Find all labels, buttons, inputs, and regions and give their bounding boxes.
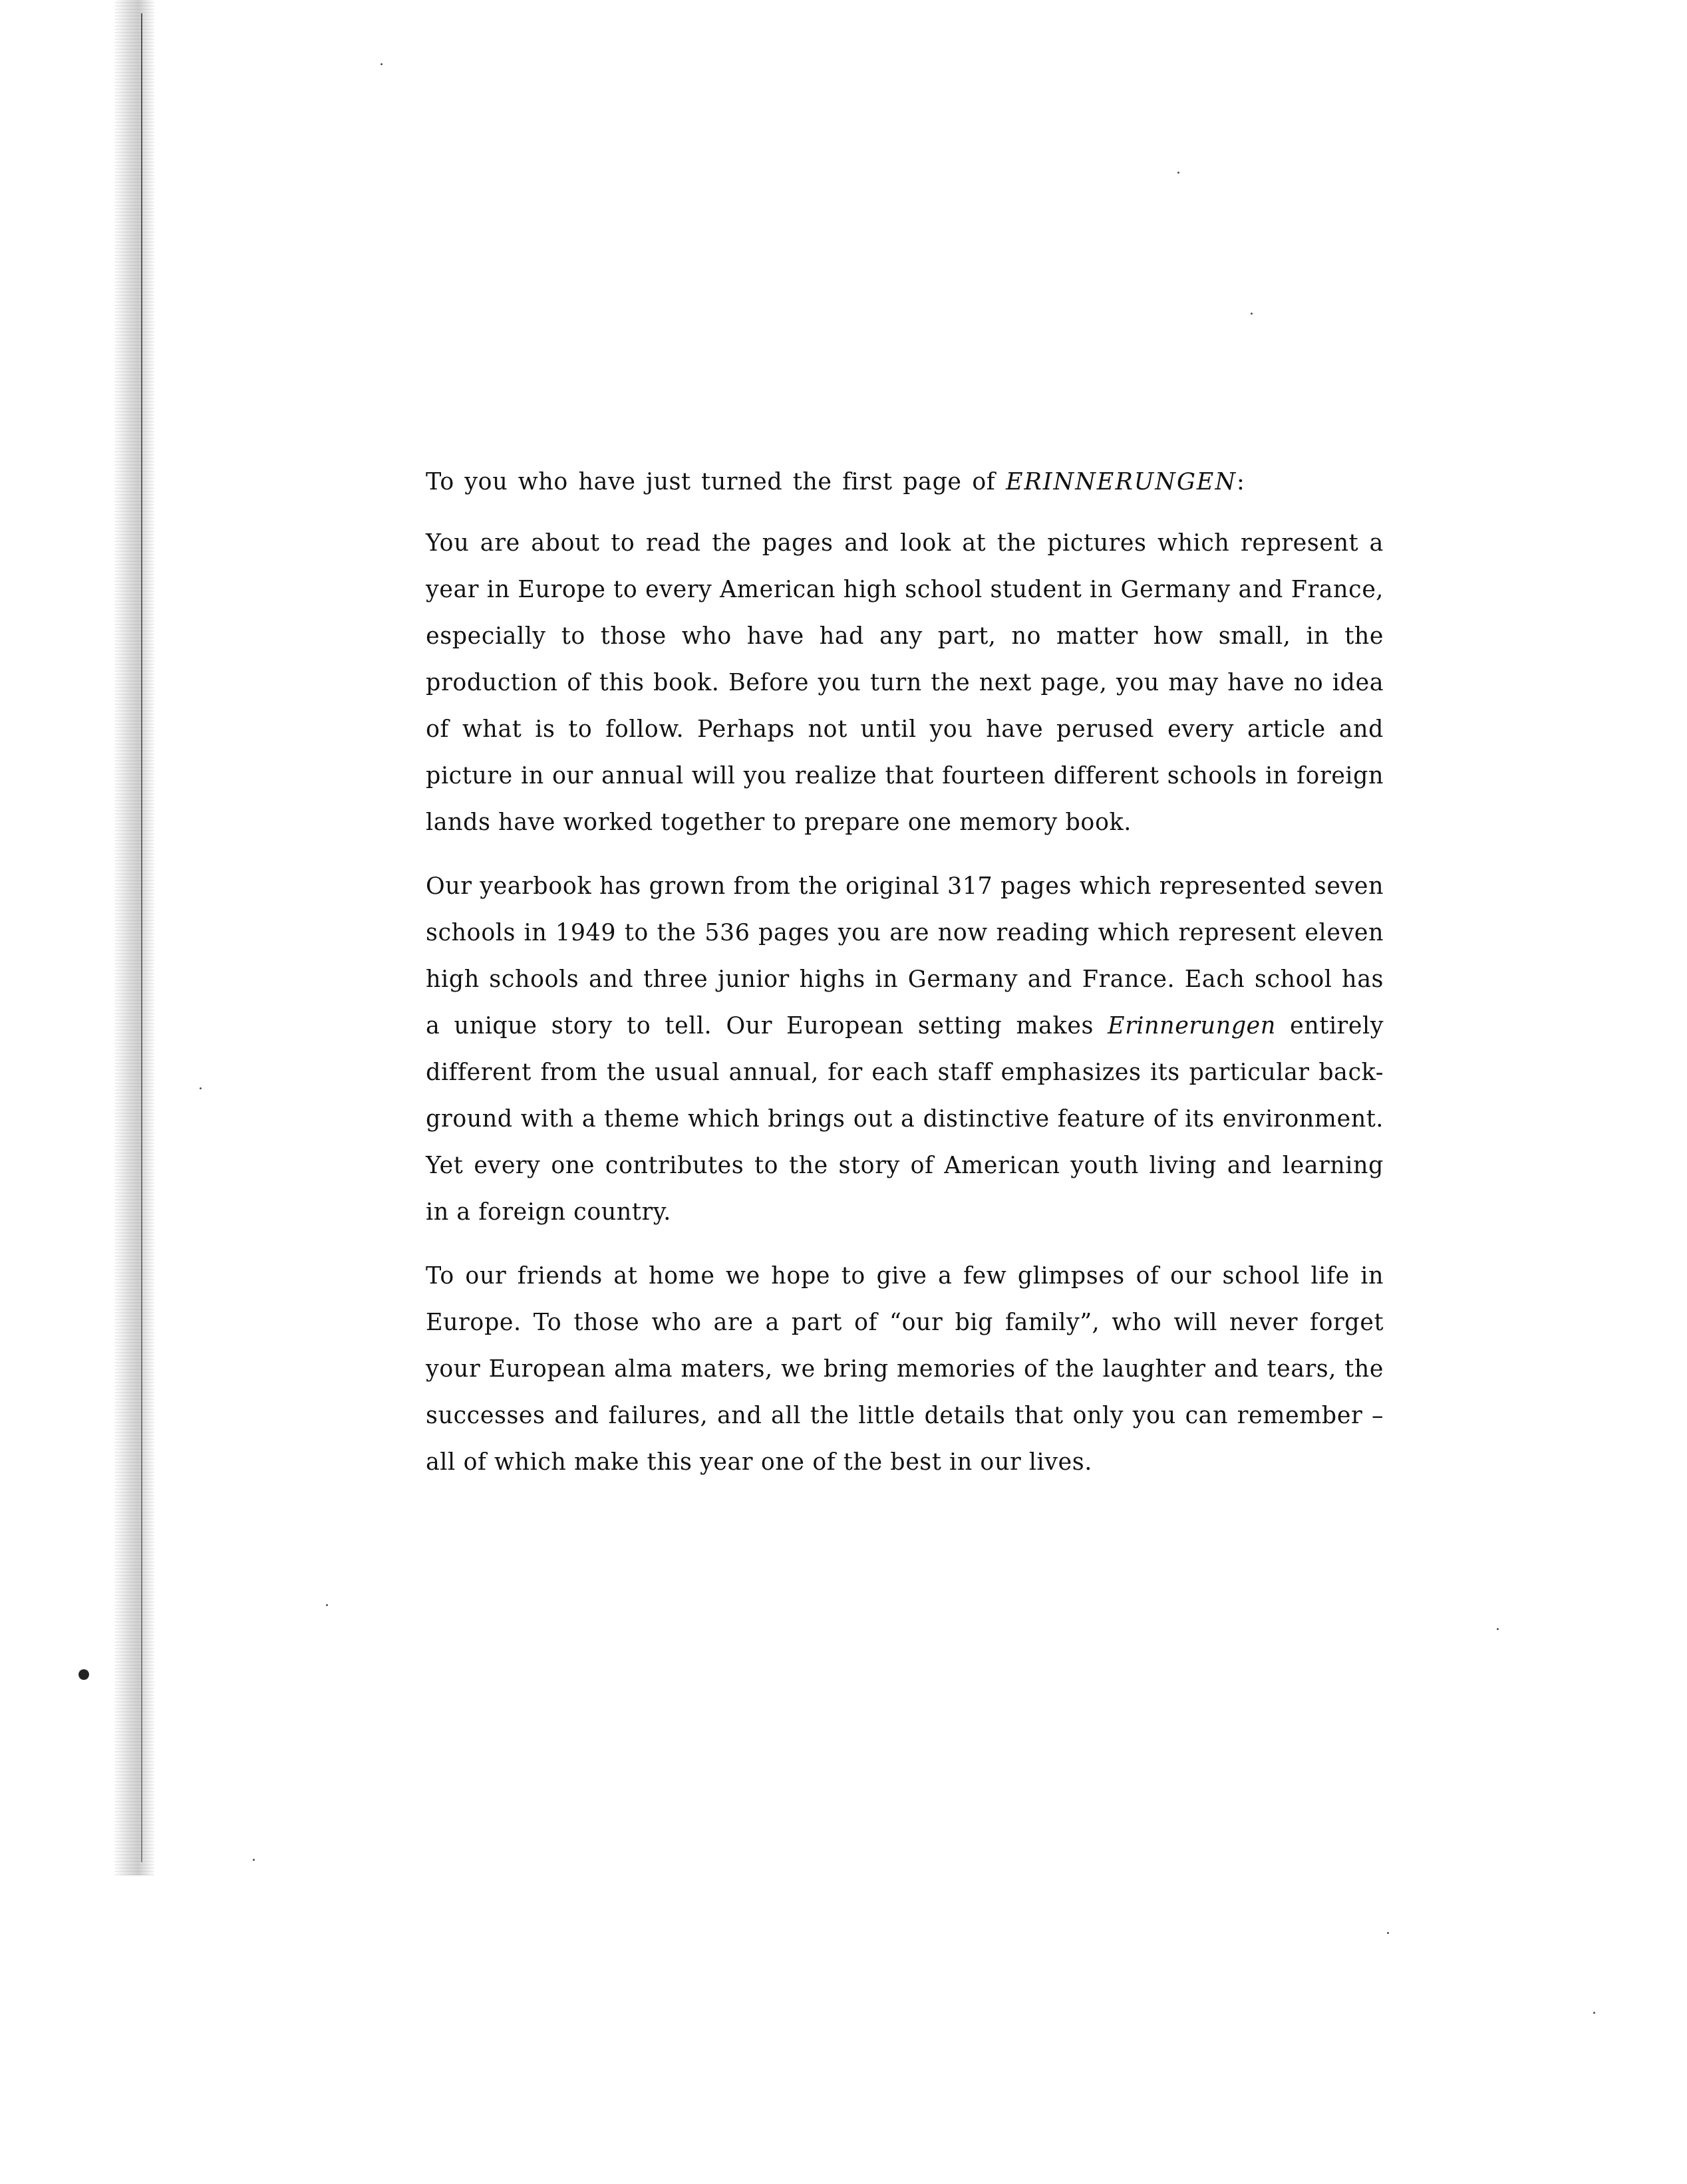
- scan-speck: [1177, 172, 1179, 174]
- paragraph-2: Our yearbook has grown from the original…: [426, 863, 1384, 1236]
- text-line: schools in 1949 to the 536 pages you are…: [426, 910, 1384, 956]
- text-line: Our yearbook has grown from the original…: [426, 863, 1384, 910]
- scan-speck: [381, 63, 383, 65]
- text-line: successes and failures, and all the litt…: [426, 1393, 1384, 1439]
- text-line: Yet every one contributes to the story o…: [426, 1143, 1384, 1189]
- scanned-page: To you who have just turned the first pa…: [0, 0, 1687, 2184]
- text-line: To our friends at home we hope to give a…: [426, 1253, 1384, 1299]
- scan-speck: [1593, 2012, 1595, 2014]
- scan-speck: [253, 1859, 255, 1861]
- text-line: different from the usual annual, for eac…: [426, 1049, 1384, 1096]
- punch-hole-mark: [78, 1669, 89, 1680]
- scan-speck: [200, 1087, 202, 1089]
- scan-speck: [1251, 313, 1253, 315]
- salutation-prefix: To you who have just turned the first pa…: [426, 469, 1006, 495]
- scan-speck: [1497, 1628, 1499, 1630]
- binding-edge-line: [141, 13, 142, 1862]
- text-line: of what is to follow. Perhaps not until …: [426, 706, 1384, 753]
- foreword-text: To you who have just turned the first pa…: [426, 459, 1384, 1503]
- foreword-paragraphs: You are about to read the pages and look…: [426, 520, 1384, 1486]
- text-line: picture in our annual will you realize t…: [426, 753, 1384, 799]
- text-line: in a foreign country.: [426, 1189, 1384, 1236]
- text-line: a unique story to tell. Our European set…: [426, 1003, 1384, 1049]
- text-line: year in Europe to every American high sc…: [426, 567, 1384, 613]
- text-line: You are about to read the pages and look…: [426, 520, 1384, 567]
- scan-speck: [1387, 1932, 1389, 1934]
- text-line: all of which make this year one of the b…: [426, 1439, 1384, 1486]
- text-line: Europe. To those who are a part of “our …: [426, 1299, 1384, 1346]
- yearbook-title: ERINNERUNGEN: [1006, 469, 1237, 495]
- text-line: especially to those who have had any par…: [426, 613, 1384, 660]
- text-line: high schools and three junior highs in G…: [426, 956, 1384, 1003]
- salutation-line: To you who have just turned the first pa…: [426, 459, 1384, 505]
- text-line: your European alma maters, we bring memo…: [426, 1346, 1384, 1393]
- text-line: production of this book. Before you turn…: [426, 660, 1384, 706]
- binding-strip: [114, 0, 154, 1875]
- scan-speck: [326, 1604, 328, 1606]
- text-line: lands have worked together to prepare on…: [426, 799, 1384, 846]
- paragraph-3: To our friends at home we hope to give a…: [426, 1253, 1384, 1486]
- salutation-suffix: :: [1237, 469, 1245, 495]
- paragraph-1: You are about to read the pages and look…: [426, 520, 1384, 846]
- text-line: ground with a theme which brings out a d…: [426, 1096, 1384, 1143]
- yearbook-title-inline: Erinnerungen: [1108, 1013, 1276, 1039]
